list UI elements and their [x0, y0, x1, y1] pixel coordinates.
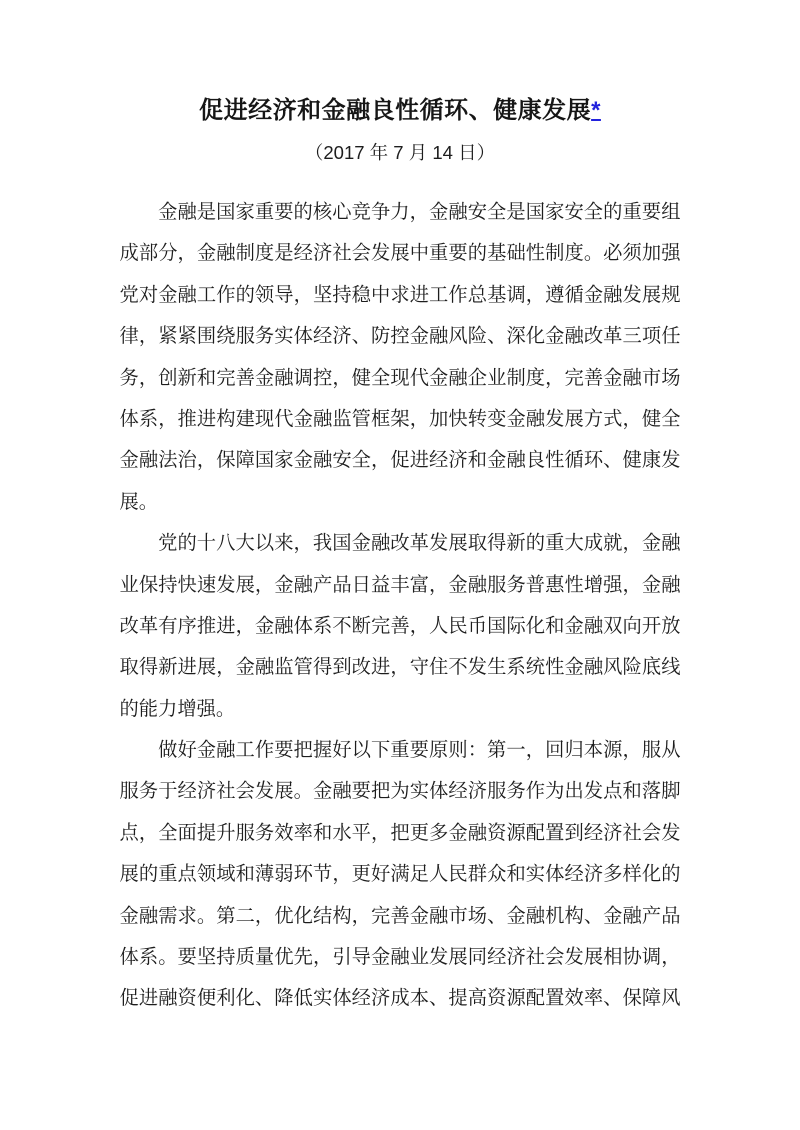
paragraph-3-line-2: 服务于经济社会发展。金融要把为实体经济服务作为出发点和落脚: [120, 771, 681, 812]
paragraph-3-line-6: 体系。要坚持质量优先，引导金融业发展同经济社会发展相协调，: [120, 937, 681, 978]
document-title-text: 促进经济和金融良性循环、健康发展: [199, 97, 591, 124]
paragraph-1-line-3: 党对金融工作的领导，坚持稳中求进工作总基调，遵循金融发展规: [120, 275, 681, 316]
paragraph-3-line-3: 点，全面提升服务效率和水平，把更多金融资源配置到经济社会发: [120, 813, 681, 854]
paragraph-1-line-2: 成部分，金融制度是经济社会发展中重要的基础性制度。必须加强: [120, 233, 681, 274]
document-page: 促进经济和金融良性循环、健康发展* （2017 年 7 月 14 日） 金融是国…: [0, 0, 800, 1130]
paragraph-3-line-1: 做好金融工作要把握好以下重要原则：第一，回归本源，服从: [120, 730, 681, 771]
paragraph-1-line-7: 金融法治，保障国家金融安全，促进经济和金融良性循环、健康发: [120, 440, 681, 481]
paragraph-1-line-1: 金融是国家重要的核心竞争力，金融安全是国家安全的重要组: [120, 192, 681, 233]
paragraph-1-line-5: 务，创新和完善金融调控，健全现代金融企业制度，完善金融市场: [120, 358, 681, 399]
document-body: 金融是国家重要的核心竞争力，金融安全是国家安全的重要组 成部分，金融制度是经济社…: [120, 192, 681, 1020]
paragraph-2-line-2: 业保持快速发展，金融产品日益丰富，金融服务普惠性增强，金融: [120, 565, 681, 606]
document-date: （2017 年 7 月 14 日）: [0, 142, 800, 164]
paragraph-2-line-4: 取得新进展，金融监管得到改进，守住不发生系统性金融风险底线: [120, 647, 681, 688]
paragraph-3-line-7: 促进融资便利化、降低实体经济成本、提高资源配置效率、保障风: [120, 978, 681, 1019]
paragraph-3-line-5: 金融需求。第二，优化结构，完善金融市场、金融机构、金融产品: [120, 896, 681, 937]
paragraph-2-line-1: 党的十八大以来，我国金融改革发展取得新的重大成就，金融: [120, 523, 681, 564]
paragraph-1-line-4: 律，紧紧围绕服务实体经济、防控金融风险、深化金融改革三项任: [120, 316, 681, 357]
paragraph-2-line-5: 的能力增强。: [120, 689, 681, 730]
paragraph-1-line-6: 体系，推进构建现代金融监管框架，加快转变金融发展方式，健全: [120, 399, 681, 440]
paragraph-1-line-8: 展。: [120, 482, 681, 523]
document-title: 促进经济和金融良性循环、健康发展*: [0, 97, 800, 126]
footnote-asterisk-link[interactable]: *: [591, 97, 601, 124]
paragraph-2-line-3: 改革有序推进，金融体系不断完善，人民币国际化和金融双向开放: [120, 606, 681, 647]
paragraph-3-line-4: 展的重点领域和薄弱环节，更好满足人民群众和实体经济多样化的: [120, 854, 681, 895]
